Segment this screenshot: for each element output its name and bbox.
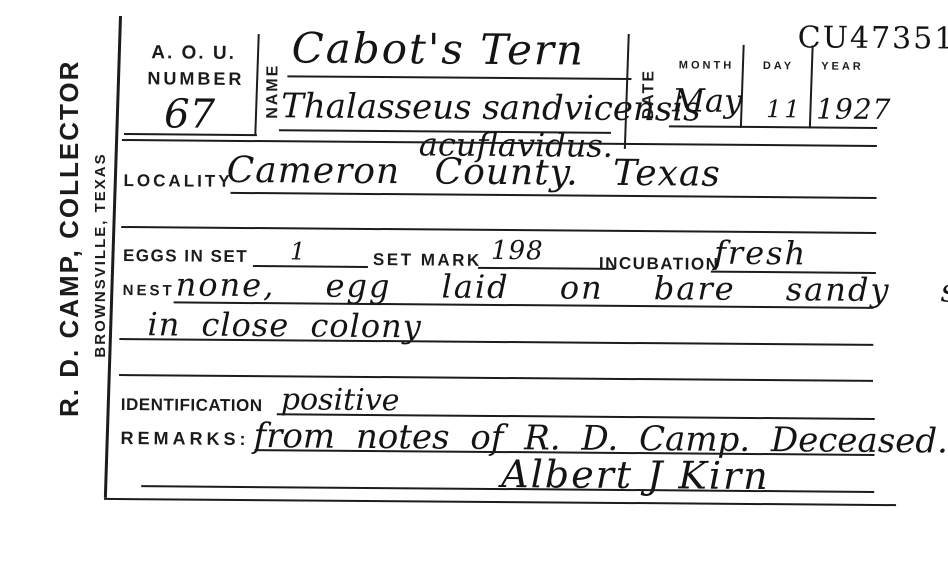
- month-value: May: [672, 84, 742, 117]
- card-bottom-rule: [104, 498, 896, 506]
- eggs-in-set-label: EGGS IN SET: [123, 246, 248, 267]
- aou-label-line2: NUMBER: [147, 68, 239, 90]
- identification-value: positive: [281, 385, 400, 416]
- year-header: YEAR: [812, 60, 872, 72]
- locality-label: LOCALITY: [123, 171, 232, 192]
- set-mark-value: 198: [491, 238, 544, 264]
- catalog-number: CU47351: [798, 23, 948, 54]
- month-header: MONTH: [666, 59, 746, 72]
- aou-label-line1: A. O. U.: [147, 42, 239, 65]
- bird-common-name: Cabot's Tern: [291, 27, 585, 71]
- incubation-value: fresh: [714, 237, 807, 270]
- nest-value-line1: none, egg laid on bare sandy soil,: [176, 268, 948, 307]
- remarks-label: REMARKS:: [120, 428, 249, 450]
- collector-name-vertical: R. D. CAMP, COLLECTOR: [56, 97, 86, 417]
- day-year-divider: [809, 45, 814, 128]
- scanned-specimen-card: { "colors": {"ink": "#1a1a1a", "paper": …: [0, 0, 948, 575]
- eggs-in-set-value: 1: [290, 239, 305, 263]
- day-value: 11: [766, 97, 803, 121]
- bird-scientific-name: Thalasseus sandvicensis: [281, 89, 701, 126]
- day-header: DAY: [748, 60, 808, 72]
- date-underline: [669, 125, 877, 129]
- blank-rule-1: [121, 226, 876, 234]
- aou-number-value: 67: [164, 94, 215, 134]
- collector-sidebar: R. D. CAMP, COLLECTOR BROWNSVILLE, TEXAS: [0, 0, 120, 575]
- card-form: A. O. U. NUMBER 67 NAME Cabot's Tern Tha…: [115, 0, 919, 575]
- identification-label: IDENTIFICATION: [121, 395, 263, 416]
- aou-name-divider: [254, 34, 259, 136]
- year-value: 1927: [816, 95, 891, 124]
- nest-value-line2: in close colony: [147, 308, 422, 342]
- blank-rule-2: [119, 374, 873, 382]
- nest-label: NEST: [123, 282, 175, 299]
- date-vertical-label: DATE: [641, 54, 662, 134]
- locality-value: Cameron County. Texas: [227, 153, 722, 193]
- common-name-underline: [287, 75, 631, 80]
